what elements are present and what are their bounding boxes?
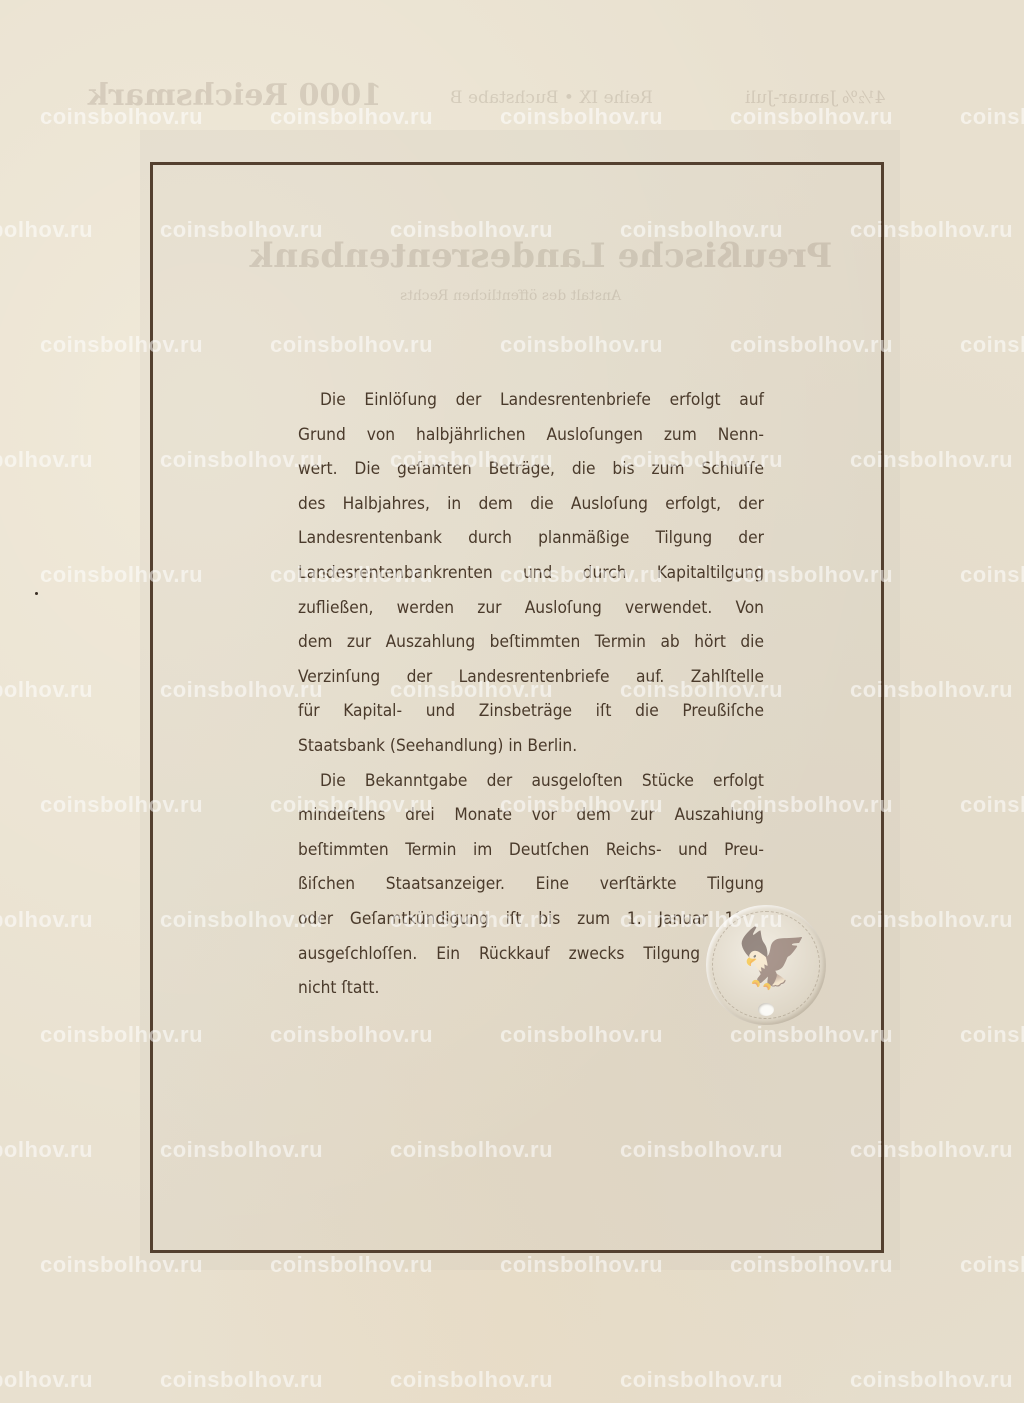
watermark-text: coinsbolhov.ru xyxy=(500,562,663,588)
watermark-text: coinsbolhov.ru xyxy=(850,447,1013,473)
watermark-text: coinsbolhov.ru xyxy=(850,1367,1013,1393)
text-line: nicht ſtatt. xyxy=(298,971,764,1006)
watermark-text: coinsbolhov.ru xyxy=(960,104,1024,130)
watermark-text: coinsbolhov.ru xyxy=(960,562,1024,588)
watermark-text: coinsbolhov.ru xyxy=(40,562,203,588)
watermark-text: coinsbolhov.ru xyxy=(500,1252,663,1278)
text-line: Landesrentenbank durch planmäßige Tilgun… xyxy=(298,521,764,556)
watermark-text: coinsbolhov.ru xyxy=(40,792,203,818)
watermark-text: coinsbolhov.ru xyxy=(500,332,663,358)
paper-speck xyxy=(35,592,38,595)
text-line: Die Einlöſung der Landesrentenbriefe erf… xyxy=(298,383,764,418)
text-line: Staatsbank (Seehandlung) in Berlin. xyxy=(298,729,764,764)
watermark-text: coinsbolhov.ru xyxy=(390,1367,553,1393)
text-line: beſtimmten Termin im Deutſchen Reichs- u… xyxy=(298,833,764,868)
watermark-text: coinsbolhov.ru xyxy=(390,1137,553,1163)
watermark-text: coinsbolhov.ru xyxy=(620,217,783,243)
watermark-text: coinsbolhov.ru xyxy=(270,104,433,130)
watermark-text: coinsbolhov.ru xyxy=(730,792,893,818)
watermark-text: coinsbolhov.ru xyxy=(620,907,783,933)
watermark-text: coinsbolhov.ru xyxy=(160,447,323,473)
watermark-text: coinsbolhov.ru xyxy=(270,562,433,588)
text-line: ßiſchen Staatsanzeiger. Eine verſtärkte … xyxy=(298,867,764,902)
watermark-text: coinsbolhov.ru xyxy=(620,677,783,703)
watermark-text: coinsbolhov.ru xyxy=(160,907,323,933)
watermark-text: coinsbolhov.ru xyxy=(960,1252,1024,1278)
watermark-text: coinsbolhov.ru xyxy=(730,1022,893,1048)
watermark-text: coinsbolhov.ru xyxy=(730,562,893,588)
text-line: des Halbjahres, in dem die Ausloſung erf… xyxy=(298,487,764,522)
watermark-text: coinsbolhov.ru xyxy=(160,677,323,703)
watermark-text: coinsbolhov.ru xyxy=(270,792,433,818)
watermark-text: coinsbolhov.ru xyxy=(390,217,553,243)
watermark-text: coinsbolhov.ru xyxy=(850,1137,1013,1163)
watermark-text: coinsbolhov.ru xyxy=(620,1367,783,1393)
watermark-text: coinsbolhov.ru xyxy=(850,217,1013,243)
watermark-text: coinsbolhov.ru xyxy=(960,1022,1024,1048)
watermark-text: coinsbolhov.ru xyxy=(850,677,1013,703)
text-line: zufließen, werden zur Ausloſung verwende… xyxy=(298,591,764,626)
watermark-text: coinsbolhov.ru xyxy=(270,1022,433,1048)
watermark-text: coinsbolhov.ru xyxy=(160,1367,323,1393)
watermark-text: coinsbolhov.ru xyxy=(500,792,663,818)
watermark-text: coinsbolhov.ru xyxy=(730,1252,893,1278)
watermark-text: coinsbolhov.ru xyxy=(270,1252,433,1278)
watermark-text: coinsbolhov.ru xyxy=(0,677,93,703)
eagle-seal-icon: 🦅 xyxy=(736,923,796,993)
watermark-text: coinsbolhov.ru xyxy=(960,792,1024,818)
watermark-text: coinsbolhov.ru xyxy=(390,677,553,703)
text-line: ausgeſchloſſen. Ein Rückkauf zwecks Tilg… xyxy=(298,937,764,972)
watermark-text: coinsbolhov.ru xyxy=(40,1022,203,1048)
text-line: dem zur Auszahlung beſtimmten Termin ab … xyxy=(298,625,764,660)
watermark-text: coinsbolhov.ru xyxy=(270,332,433,358)
watermark-text: coinsbolhov.ru xyxy=(0,217,93,243)
watermark-text: coinsbolhov.ru xyxy=(620,1137,783,1163)
watermark-text: coinsbolhov.ru xyxy=(730,104,893,130)
watermark-text: coinsbolhov.ru xyxy=(160,1137,323,1163)
watermark-text: coinsbolhov.ru xyxy=(390,447,553,473)
watermark-text: coinsbolhov.ru xyxy=(0,1367,93,1393)
watermark-text: coinsbolhov.ru xyxy=(40,104,203,130)
watermark-text: coinsbolhov.ru xyxy=(500,104,663,130)
watermark-text: coinsbolhov.ru xyxy=(620,447,783,473)
watermark-text: coinsbolhov.ru xyxy=(0,1137,93,1163)
watermark-text: coinsbolhov.ru xyxy=(850,907,1013,933)
watermark-text: coinsbolhov.ru xyxy=(960,332,1024,358)
watermark-text: coinsbolhov.ru xyxy=(390,907,553,933)
watermark-text: coinsbolhov.ru xyxy=(40,332,203,358)
watermark-text: coinsbolhov.ru xyxy=(500,1022,663,1048)
punch-hole xyxy=(758,1003,774,1016)
watermark-text: coinsbolhov.ru xyxy=(160,217,323,243)
watermark-text: coinsbolhov.ru xyxy=(40,1252,203,1278)
watermark-text: coinsbolhov.ru xyxy=(0,907,93,933)
watermark-text: coinsbolhov.ru xyxy=(0,447,93,473)
watermark-text: coinsbolhov.ru xyxy=(730,332,893,358)
